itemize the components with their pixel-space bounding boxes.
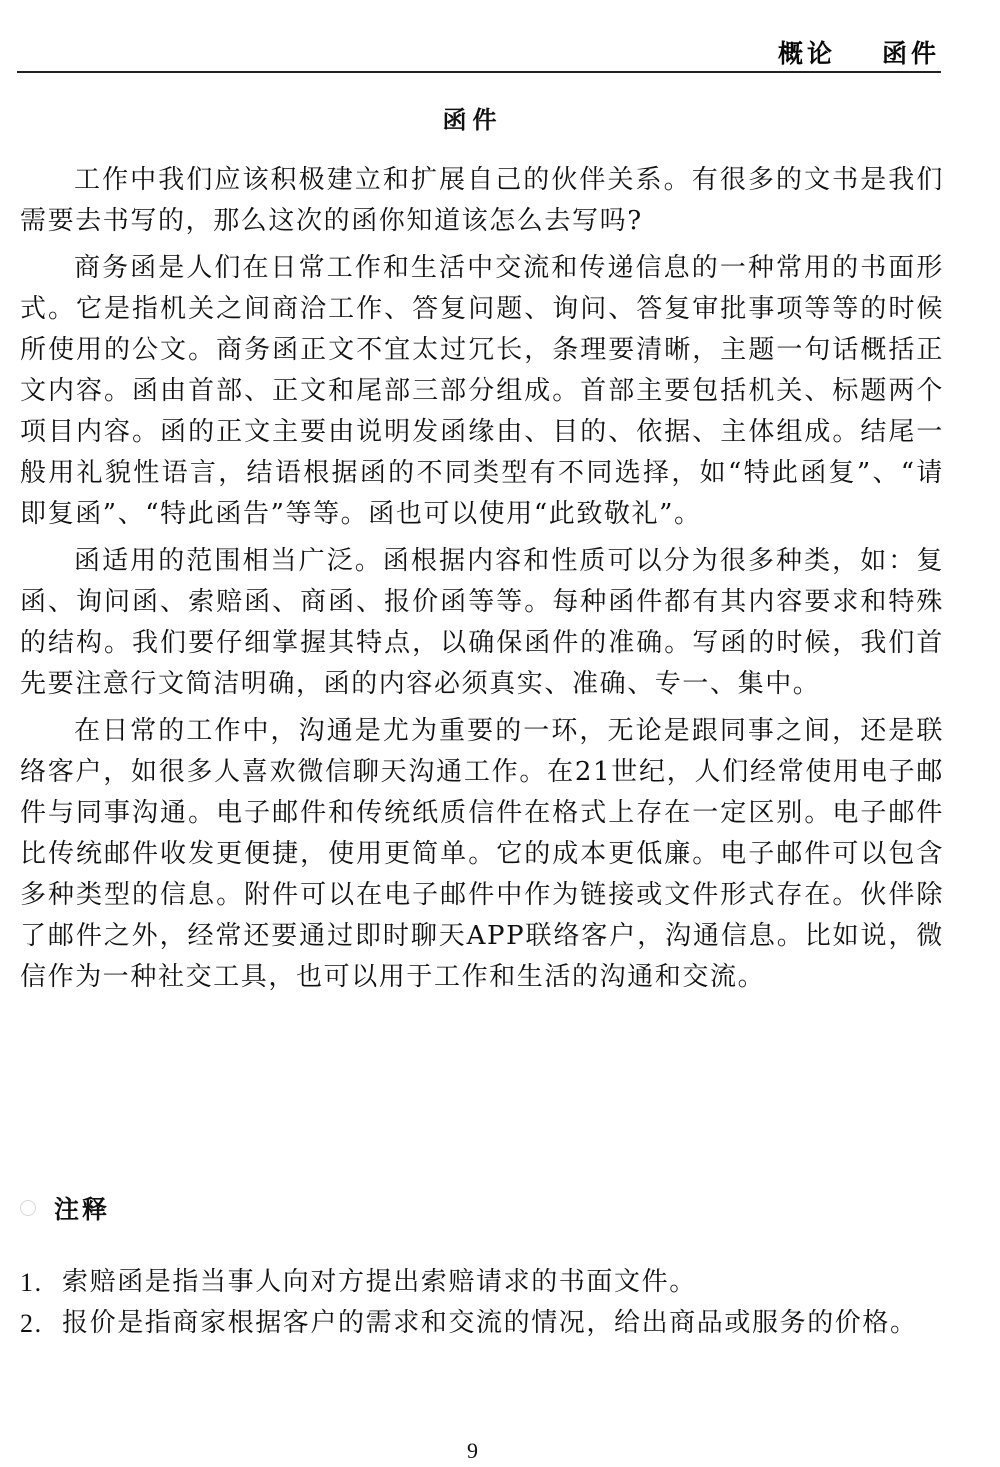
paragraph-intro: 工作中我们应该积极建立和扩展自己的伙伴关系。有很多的文书是我们需要去书写的，那么…	[20, 160, 944, 242]
running-header-section: 概论	[778, 39, 836, 68]
header-rule	[17, 71, 941, 73]
running-header: 概论函件	[778, 34, 940, 70]
note-item: 1. 索赔函是指当事人向对方提出索赔请求的书面文件。	[20, 1262, 944, 1303]
note-text: 索赔函是指当事人向对方提出索赔请求的书面文件。	[62, 1262, 944, 1303]
page-title: 函件	[0, 100, 945, 135]
paragraph-letter-types: 函适用的范围相当广泛。函根据内容和性质可以分为很多种类，如：复函、询问函、索赔函…	[20, 541, 944, 705]
note-item: 2. 报价是指商家根据客户的需求和交流的情况，给出商品或服务的价格。	[20, 1303, 944, 1344]
body-text: 工作中我们应该积极建立和扩展自己的伙伴关系。有很多的文书是我们需要去书写的，那么…	[20, 160, 944, 1004]
notes-heading-label: 注释	[54, 1190, 110, 1226]
note-text: 报价是指商家根据客户的需求和交流的情况，给出商品或服务的价格。	[62, 1303, 944, 1344]
page-number: 9	[0, 1438, 945, 1464]
note-number: 2.	[20, 1303, 62, 1344]
running-header-chapter: 函件	[882, 39, 940, 68]
note-number: 1.	[20, 1262, 62, 1303]
notes-list: 1. 索赔函是指当事人向对方提出索赔请求的书面文件。 2. 报价是指商家根据客户…	[20, 1262, 944, 1344]
notes-marker-icon	[20, 1200, 36, 1216]
paragraph-communication: 在日常的工作中，沟通是尤为重要的一环，无论是跟同事之间，还是联络客户，如很多人喜…	[20, 711, 944, 998]
notes-heading: 注释	[20, 1190, 110, 1226]
paragraph-business-letter: 商务函是人们在日常工作和生活中交流和传递信息的一种常用的书面形式。它是指机关之间…	[20, 248, 944, 535]
